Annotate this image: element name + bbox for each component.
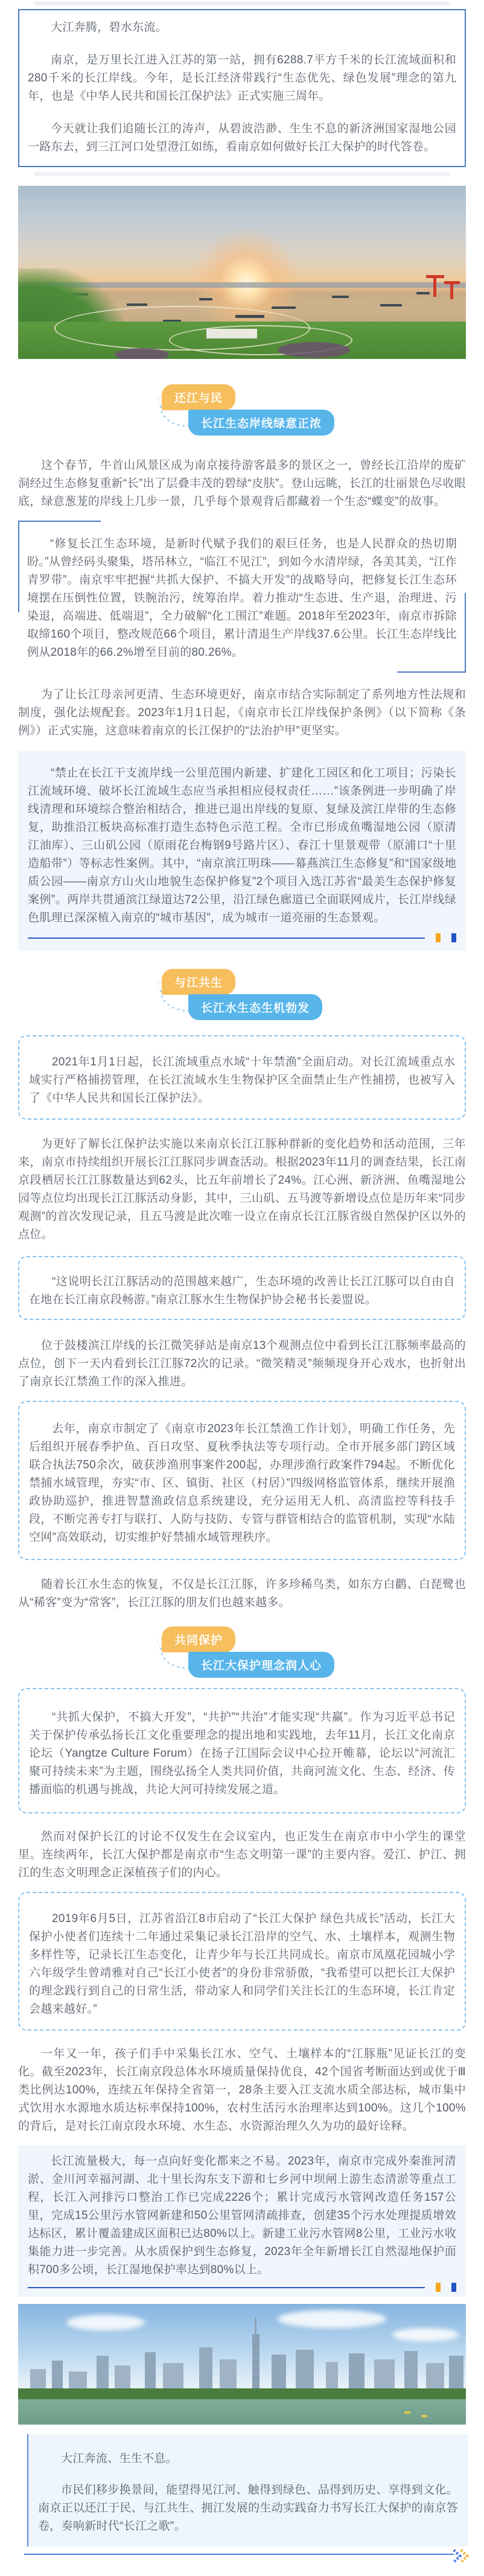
cloud (66, 2315, 145, 2330)
section-tag-label: 还江与民 (174, 392, 223, 405)
outro-box: 大江奔流、生生不息。 市民们移步换景间，能望得见江河、触得到绿色、品得到历史、享… (27, 2434, 468, 2546)
section-title-pill: 长江水生态生机勃发 (188, 994, 322, 1020)
harbor-crane (444, 281, 460, 284)
section-tag-pill: 还江与民 (162, 384, 235, 410)
section-tag-pill: 与江共生 (162, 969, 235, 995)
dark-trees (115, 348, 169, 359)
cloud (278, 2310, 386, 2328)
building (199, 2347, 212, 2390)
section-tag-pill: 共同保护 (162, 1626, 235, 1652)
double-chevron-icon (450, 2547, 474, 2565)
body-paragraph: 一年又一年，孩子们手中采集长江水、空气、土壤样本的“江豚瓶”见证长江的变化。截至… (18, 2045, 466, 2136)
body-paragraph: 为了让长江母亲河更清、生态环境更好，南京市结合实际制定了系列地方性法规和制度，强… (18, 686, 466, 740)
ship (416, 292, 430, 294)
building (145, 2352, 156, 2390)
building (449, 2356, 463, 2390)
section-title-pill: 长江生态岸线绿意正浓 (188, 410, 334, 436)
divider-orange-square (436, 933, 441, 942)
ship (199, 298, 212, 300)
highlight-paragraph: “禁止在长江干支流岸线一公里范围内新建、扩建化工园区和化工项目；污染长江流域环境… (28, 764, 456, 927)
section-title-label: 长江大保护理念润人心 (201, 1660, 322, 1672)
building (115, 2365, 130, 2390)
building (69, 2371, 87, 2390)
harbor-crane (426, 275, 444, 278)
article-page: 大江奔腾，碧水东流。 南京，是万里长江进入江苏的第一站，拥有6288.7平方千米… (0, 0, 484, 2576)
zifeng-tower (252, 2334, 260, 2390)
body-paragraph: 这个春节，牛首山风景区成为南京接待游客最多的景区之一，曾经长江沿岸的废矿洞经过生… (18, 457, 466, 511)
lake-water (18, 2399, 466, 2425)
section-divider (28, 933, 456, 942)
quote-corner-top-left (18, 521, 101, 612)
dashed-info-box: 2019年6月5日，江苏省沿江8市启动了“长江大保护 绿色共成长”活动，长江大保… (18, 1892, 466, 2031)
ship (272, 306, 296, 309)
building (326, 2362, 338, 2390)
intro-paragraph: 南京，是万里长江进入江苏的第一站，拥有6288.7平方千米的长江流域面积和280… (28, 51, 456, 106)
ship (332, 296, 349, 298)
divider-line (28, 2287, 425, 2288)
section-tag-label: 共同保护 (174, 1634, 223, 1647)
mid-divider-strip (34, 172, 450, 176)
building (272, 2355, 286, 2390)
section-title-pill: 长江大保护理念润人心 (188, 1652, 334, 1678)
intro-paragraph: 今天就让我们追随长江的涛声，从碧波浩渺、生生不息的新济洲国家湿地公园一路东去，到… (28, 120, 456, 156)
highlight-box: 长江流量极大，每一点向好变化都来之不易。2023年，南京市完成外秦淮河清淤、金川… (18, 2145, 466, 2297)
dashed-info-box: 去年，南京市制定了《南京市2023年长江禁渔工作计划》，明确工作任务，先后组织开… (18, 1401, 466, 1560)
dashed-box-paragraph: “共抓大保护，不搞大开发”，“共护”“共治”才能实现“共赢”。作为习近平总书记关… (29, 1708, 455, 1799)
divider-orange-square (436, 2283, 441, 2292)
dashed-box-paragraph: 2019年6月5日，江苏省沿江8市启动了“长江大保护 绿色共成长”活动，长江大保… (29, 1910, 455, 2019)
outro-paragraph: 市民们移步换景间，能望得见江河、触得到绿色、品得到历史、享得到文化。南京正以还江… (38, 2481, 458, 2536)
body-paragraph: 然而对保护长江的讨论不仅发生在会议室内，也正发生在南京市中小学生的课堂里。连续两… (18, 1828, 466, 1882)
section-tag-label: 与江共生 (174, 977, 223, 989)
body-paragraph: 随着长江水生态的恢复，不仅是长江江豚，许多珍稀鸟类，如东方白鹳、白琵鹭也从“稀客… (18, 1576, 466, 1612)
building (163, 2363, 183, 2390)
highlight-box: “禁止在长江干支流岸线一公里范围内新建、扩建化工园区和化工项目；污染长江流域环境… (18, 751, 466, 951)
building (296, 2350, 314, 2390)
riverside-park (18, 322, 466, 359)
bottom-rule-line (24, 2554, 454, 2555)
body-paragraph: 位于鼓楼滨江岸线的长江微笑驿站是南京13个观测点位中看到长江江豚频率最高的点位，… (18, 1337, 466, 1391)
ship (380, 304, 402, 306)
boat (421, 2415, 427, 2417)
top-divider-strip (34, 1, 450, 5)
dashed-box-paragraph: 去年，南京市制定了《南京市2023年长江禁渔工作计划》，明确工作任务，先后组织开… (29, 1420, 455, 1547)
quote-corner-bottom-right (397, 593, 466, 673)
intro-paragraph: 大江奔腾，碧水东流。 (28, 19, 456, 37)
quote-block: “修复长江生态环境，是新时代赋予我们的艰巨任务，也是人民群众的热切期盼。”从曾经… (18, 521, 466, 673)
building (220, 2359, 237, 2390)
harbor-crane (433, 275, 436, 297)
highlight-paragraph: 长江流量极大，每一点向好变化都来之不易。2023年，南京市完成外秦淮河清淤、金川… (28, 2152, 456, 2279)
dashed-box-paragraph: 2021年1月1日起，长江流域重点水域“十年禁渔”全面启动。对长江流域重点水域实… (29, 1053, 455, 1108)
section-header-3: 共同保护 长江大保护理念润人心 (0, 1626, 484, 1675)
section-header-2: 与江共生 长江水生态生机勃发 (0, 969, 484, 1017)
section-header-1: 还江与民 长江生态岸线绿意正浓 (0, 384, 484, 433)
park-plaza (206, 329, 257, 338)
dark-trees (278, 342, 350, 358)
section-title-label: 长江生态岸线绿意正浓 (201, 417, 322, 430)
cloud (392, 2328, 459, 2341)
dashed-box-paragraph: “这说明长江江豚活动的范围越来越广，生态环境的改善让长江江豚可以自由自在地在长江… (29, 1273, 455, 1309)
outro-paragraph: 大江奔流、生生不息。 (38, 2450, 458, 2468)
photo-city-skyline (18, 2304, 466, 2425)
ship (127, 303, 147, 306)
building (52, 2361, 63, 2390)
section-title-label: 长江水生态生机勃发 (201, 1002, 310, 1015)
divider-navy-square (451, 933, 456, 942)
boat (404, 2411, 410, 2414)
building (349, 2353, 365, 2390)
dashed-info-box: “共抓大保护，不搞大开发”，“共护”“共治”才能实现“共赢”。作为习近平总书记关… (18, 1688, 466, 1813)
divider-line (28, 937, 425, 939)
bottom-rule (24, 2551, 484, 2567)
dashed-info-box: 2021年1月1日起，长江流域重点水域“十年禁渔”全面启动。对长江流域重点水域实… (18, 1035, 466, 1120)
building (426, 2363, 444, 2390)
body-paragraph: 为更好了解长江保护法实施以来南京长江江豚种群新的变化趋势和活动范围，三年来，南京… (18, 1135, 466, 1244)
building (374, 2359, 395, 2390)
section-divider (28, 2283, 456, 2292)
building (404, 2351, 418, 2390)
photo-river-sunset (18, 186, 466, 359)
dashed-info-box: “这说明长江江豚活动的范围越来越广，生态环境的改善让长江江豚可以自由自在地在长江… (18, 1256, 466, 1320)
building (97, 2356, 109, 2390)
divider-navy-square (451, 2283, 456, 2292)
building (30, 2369, 46, 2390)
intro-box: 大江奔腾，碧水东流。 南京，是万里长江进入江苏的第一站，拥有6288.7平方千米… (18, 9, 466, 167)
tree-line (18, 2388, 466, 2400)
